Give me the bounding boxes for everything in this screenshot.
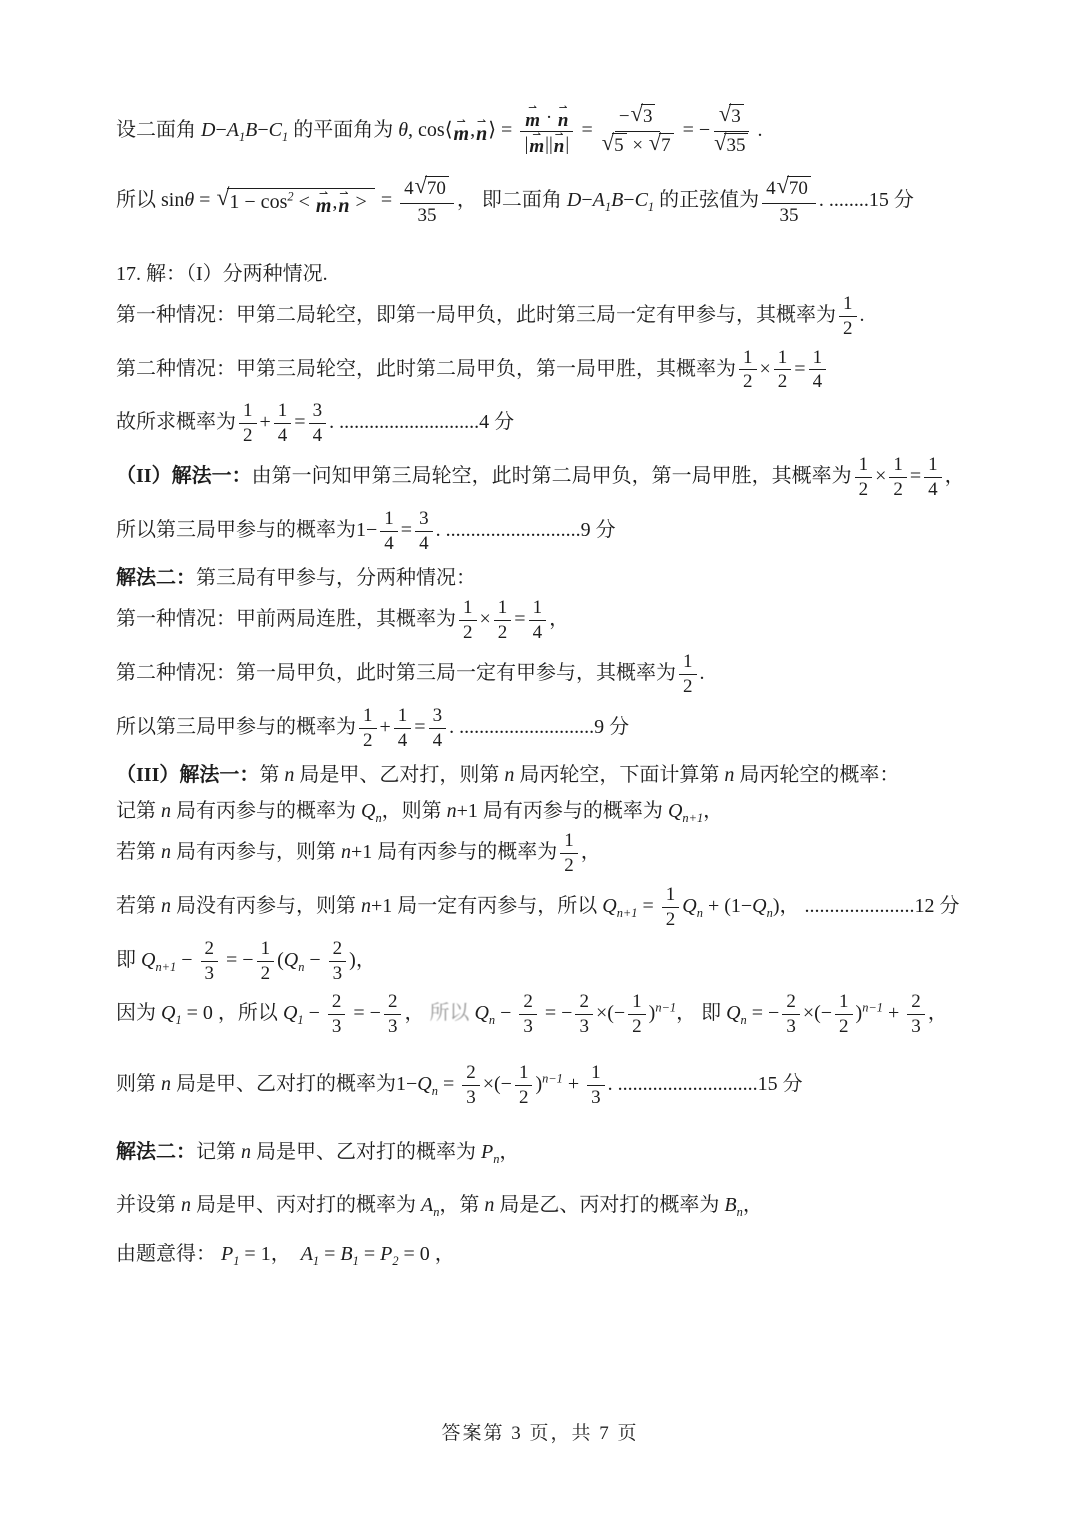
fraction: 13	[587, 1062, 605, 1109]
math-line: 故所求概率为12+14=34. ........................…	[116, 400, 1016, 447]
math-line: 第一种情况：甲第二局轮空，即第一局甲负，此时第三局一定有甲参与，其概率为12.	[116, 293, 1016, 340]
fraction: 23	[782, 991, 800, 1038]
fraction: 23	[907, 991, 925, 1038]
radical: √70	[777, 176, 811, 202]
radical-sign-icon: √	[602, 131, 614, 157]
fraction: 12	[855, 454, 873, 501]
vector: ⇀n	[558, 106, 569, 130]
radical: √3	[631, 104, 656, 130]
math-line: 记第 n 局有丙参与的概率为 Qn，则第 n+1 局有丙参与的概率为 Qn+1，	[116, 794, 1016, 823]
fraction: 23	[462, 1062, 480, 1109]
radical-sign-icon: √	[216, 186, 229, 214]
math-line: 若第 n 局有丙参与，则第 n+1 局有丙参与的概率为12，	[116, 830, 1016, 877]
radical-sign-icon: √	[631, 102, 643, 128]
math-line: 则第 n 局是甲、乙对打的概率为1−Qn = 23×(−12)n−1 + 13.…	[116, 1062, 1016, 1109]
math-line: （II）解法一：由第一问知甲第三局轮空，此时第二局甲负，第一局甲胜，其概率为12…	[116, 454, 1016, 501]
document-page: 设二面角 D−A1B−C1 的平面角为 θ, cos⟨⇀m,⇀n⟩ = ⇀m ·…	[0, 0, 1080, 1527]
vector: ⇀n	[476, 119, 487, 144]
math-line: 所以第三局甲参与的概率为1−14=34. ...................…	[116, 508, 1016, 555]
fraction: 12	[515, 1062, 533, 1109]
fraction: 12	[257, 938, 275, 985]
radical: √3	[719, 104, 744, 130]
fraction: 12	[239, 400, 257, 447]
fraction: 14	[380, 508, 398, 555]
fraction: 12	[494, 597, 512, 644]
radical: √35	[714, 133, 748, 159]
fraction: ⇀m · ⇀n|⇀m||⇀n|	[520, 106, 573, 156]
fraction: 12	[359, 705, 377, 752]
vector: ⇀n	[338, 191, 349, 216]
radical-sign-icon: √	[415, 174, 427, 200]
fraction: −√3√5 × √7	[601, 104, 675, 158]
fraction: 4√7035	[762, 176, 816, 227]
fraction: 14	[924, 454, 942, 501]
math-line: 第一种情况：甲前两局连胜，其概率为12×12=14，	[116, 597, 1016, 644]
fraction: 12	[679, 651, 697, 698]
fraction: 12	[739, 347, 757, 394]
fraction: 23	[329, 938, 347, 985]
radical-sign-icon: √	[649, 131, 661, 157]
math-line: 所以 sinθ = √1 − cos2 < ⇀m,⇀n > = 4√7035， …	[116, 176, 1016, 227]
fraction: 34	[309, 400, 327, 447]
fraction: 12	[560, 830, 578, 877]
radical: √1 − cos2 < ⇀m,⇀n >	[216, 188, 374, 216]
fraction: 34	[415, 508, 433, 555]
radical-sign-icon: √	[714, 131, 726, 157]
radical: √5	[602, 133, 627, 159]
math-line: 解法二：记第 n 局是甲、乙对打的概率为 Pn，	[116, 1135, 1016, 1164]
math-line: 即 Qn+1 − 23 = −12(Qn − 23)，	[116, 938, 1016, 985]
vector: ⇀n	[554, 133, 565, 157]
fraction: 14	[394, 705, 412, 752]
fraction: √3√35	[713, 104, 749, 158]
fraction: 12	[839, 293, 857, 340]
vector: ⇀m	[525, 106, 540, 130]
vector: ⇀m	[316, 191, 332, 216]
fraction: 23	[201, 938, 219, 985]
fraction: 12	[835, 991, 853, 1038]
math-line: 17. 解：（I）分两种情况.	[116, 257, 1016, 286]
vector: ⇀m	[529, 133, 544, 157]
fraction: 14	[529, 597, 547, 644]
math-line: 设二面角 D−A1B−C1 的平面角为 θ, cos⟨⇀m,⇀n⟩ = ⇀m ·…	[116, 104, 1016, 158]
radical: √7	[649, 133, 674, 159]
fraction: 14	[809, 347, 827, 394]
fraction: 12	[459, 597, 477, 644]
fraction: 23	[519, 991, 537, 1038]
math-line: 若第 n 局没有丙参与，则第 n+1 局一定有丙参与，所以 Qn+1 = 12Q…	[116, 884, 1016, 931]
fraction: 12	[774, 347, 792, 394]
fraction: 23	[384, 991, 402, 1038]
answer-content: 设二面角 D−A1B−C1 的平面角为 θ, cos⟨⇀m,⇀n⟩ = ⇀m ·…	[0, 0, 1080, 1266]
fraction: 23	[575, 991, 593, 1038]
math-line: 由题意得： P1 = 1， A1 = B1 = P2 = 0 ，	[116, 1237, 1016, 1266]
math-line: （III）解法一：第 n 局是甲、乙对打，则第 n 局丙轮空，下面计算第 n 局…	[116, 758, 1016, 787]
math-line: 并设第 n 局是甲、丙对打的概率为 An，第 n 局是乙、丙对打的概率为 Bn，	[116, 1188, 1016, 1217]
math-line: 解法二：第三局有甲参与，分两种情况：	[116, 561, 1016, 590]
page-footer: 答案第 3 页，共 7 页	[0, 1418, 1080, 1445]
vector: ⇀m	[454, 119, 470, 144]
fraction: 14	[274, 400, 292, 447]
math-line: 第二种情况：第一局甲负，此时第三局一定有甲参与，其概率为12.	[116, 651, 1016, 698]
fraction: 34	[429, 705, 447, 752]
fraction: 12	[889, 454, 907, 501]
radical-sign-icon: √	[777, 174, 789, 200]
radical: √70	[415, 176, 449, 202]
fraction: 23	[328, 991, 346, 1038]
math-line: 第二种情况：甲第三局轮空，此时第二局甲负，第一局甲胜，其概率为12×12=14	[116, 347, 1016, 394]
math-line: 因为 Q1 = 0 ，所以 Q1 − 23 = −23， 所以 Qn − 23 …	[116, 991, 1016, 1038]
fraction: 12	[628, 991, 646, 1038]
fraction: 4√7035	[400, 176, 454, 227]
radical-sign-icon: √	[719, 102, 731, 128]
fraction: 12	[662, 884, 680, 931]
math-line: 所以第三局甲参与的概率为12+14=34. ..................…	[116, 705, 1016, 752]
